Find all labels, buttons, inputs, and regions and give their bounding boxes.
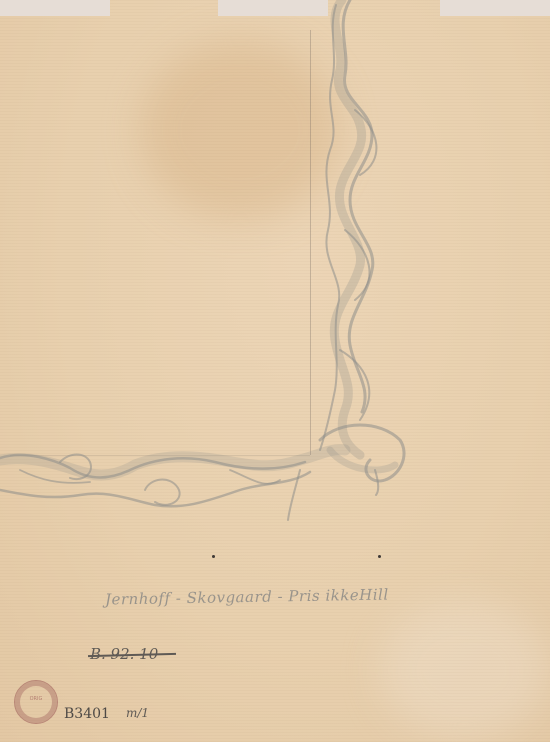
inventory-number: B3401 bbox=[64, 706, 110, 722]
drawing-sheet: Jernhoff - Skovgaard - Pris ikkeHill B. … bbox=[0, 0, 550, 742]
pencil-dot bbox=[378, 555, 381, 558]
sheet-count: m/1 bbox=[126, 706, 149, 720]
twisted-garland-sketch bbox=[0, 0, 550, 742]
collection-stamp: ORIG bbox=[14, 680, 58, 724]
stamp-text: ORIG bbox=[15, 696, 57, 702]
pencil-dot bbox=[212, 555, 215, 558]
